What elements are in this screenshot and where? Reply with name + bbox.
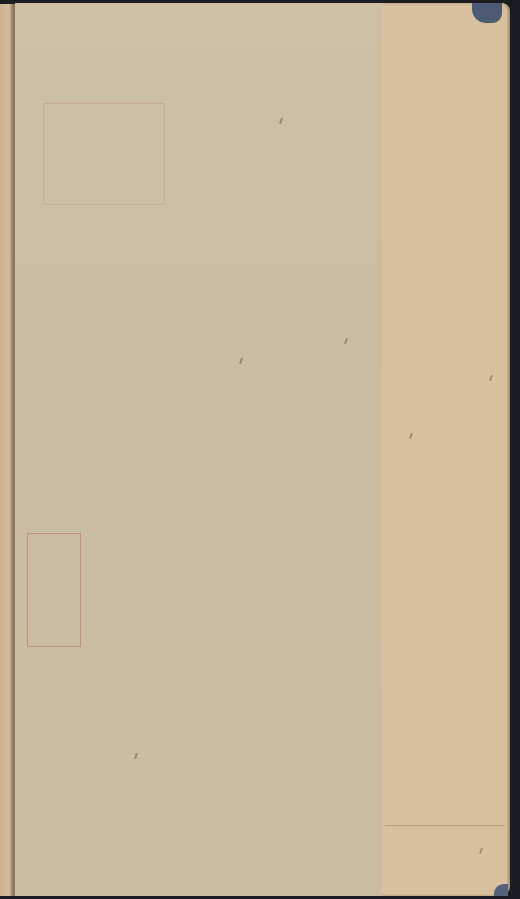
- faint-seal-upper: [43, 103, 165, 205]
- paper-speck: [489, 375, 493, 381]
- paper-speck: [479, 848, 483, 854]
- red-seal-stamp: [27, 533, 81, 647]
- crease-line: [385, 825, 505, 826]
- torn-corner-top: [472, 3, 502, 23]
- torn-corner-bottom: [494, 884, 508, 896]
- paper-speck: [409, 433, 413, 439]
- book-leaf: [15, 3, 510, 896]
- facing-page-edge: [0, 4, 13, 896]
- page-scan: Blank page: [0, 0, 520, 899]
